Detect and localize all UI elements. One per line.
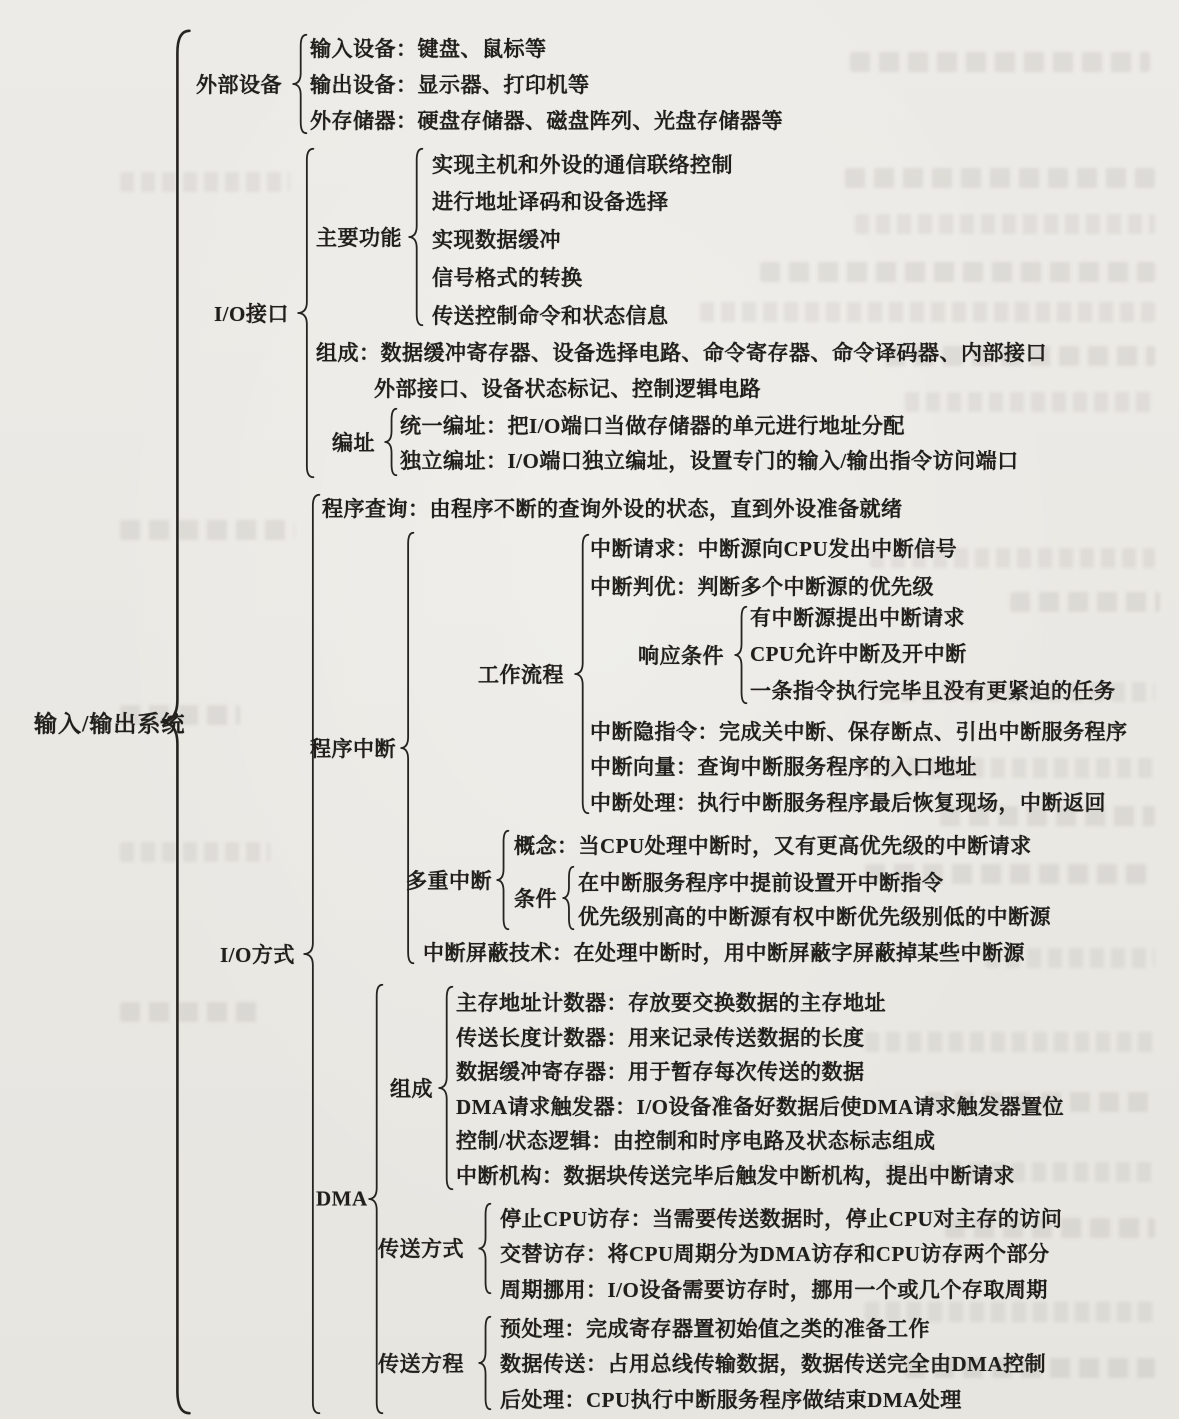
- dma-composition-label: 组成: [390, 1073, 433, 1103]
- node-alternate-access: 交替访存：将CPU周期分为DMA访存和CPU访存两个部分: [500, 1238, 1049, 1268]
- node-output-devices: 输出设备：显示器、打印机等: [310, 69, 590, 99]
- multiple-interrupt-brace: [496, 830, 509, 930]
- root-label: 输入/输出系统: [34, 706, 185, 739]
- transfer-process-brace: [478, 1316, 491, 1410]
- bleed-row: [855, 214, 1155, 234]
- node-response-condition-3: 一条指令执行完毕且没有更紧迫的任务: [750, 675, 1116, 705]
- addressing-brace: [384, 408, 397, 476]
- io-methods-brace: [303, 494, 320, 1414]
- node-response-condition-1: 有中断源提出中断请求: [750, 602, 965, 632]
- scanned-mindmap-page: 输入/输出系统 外部设备 输入设备：键盘、鼠标等 输出设备：显示器、打印机等 外…: [0, 0, 1179, 1419]
- addressing-label: 编址: [332, 427, 375, 457]
- condition-brace: [562, 866, 574, 930]
- node-stop-cpu-access: 停止CPU访存：当需要传送数据时，停止CPU对主存的访问: [500, 1203, 1062, 1233]
- bleed-row: [845, 168, 1155, 188]
- bleed-row: [120, 172, 290, 192]
- node-function-communication: 实现主机和外设的通信联络控制: [432, 149, 733, 179]
- transfer-modes-brace: [478, 1203, 491, 1294]
- bleed-row: [850, 52, 1150, 72]
- node-function-signal-conversion: 信号格式的转换: [432, 262, 583, 292]
- main-functions-label: 主要功能: [316, 222, 402, 252]
- condition-label: 条件: [514, 883, 557, 913]
- node-interface-composition-line1: 组成：数据缓冲寄存器、设备选择电路、命令寄存器、命令译码器、内部接口: [316, 337, 1047, 367]
- workflow-brace: [574, 534, 589, 814]
- node-multi-condition-2: 优先级别高的中断源有权中断优先级别低的中断源: [578, 901, 1051, 931]
- node-program-polling: 程序查询：由程序不断的查询外设的状态，直到外设准备就绪: [322, 493, 903, 523]
- node-multiple-interrupt-concept: 概念：当CPU处理中断时，又有更高优先级的中断请求: [514, 830, 1032, 860]
- program-interrupt-label: 程序中断: [310, 733, 396, 763]
- node-dma-data-buffer: 数据缓冲寄存器：用于暂存每次传送的数据: [456, 1056, 865, 1086]
- response-conditions-label: 响应条件: [638, 640, 724, 670]
- bleed-row: [120, 1002, 260, 1022]
- main-functions-brace: [408, 148, 423, 326]
- node-interrupt-arbitration: 中断判优：判断多个中断源的优先级: [590, 571, 934, 601]
- node-preprocessing: 预处理：完成寄存器置初始值之类的准备工作: [500, 1313, 930, 1343]
- node-function-buffering: 实现数据缓冲: [432, 224, 561, 254]
- node-implicit-instruction: 中断隐指令：完成关中断、保存断点、引出中断服务程序: [590, 716, 1128, 746]
- bleed-row: [865, 1032, 1155, 1052]
- response-conditions-brace: [734, 606, 747, 704]
- node-function-decoding: 进行地址译码和设备选择: [432, 186, 669, 216]
- node-interrupt-masking: 中断屏蔽技术：在处理中断时，用中断屏蔽字屏蔽掉某些中断源: [423, 937, 1025, 967]
- node-data-transfer: 数据传送：占用总线传输数据，数据传送完全由DMA控制: [500, 1348, 1046, 1378]
- node-multi-condition-1: 在中断服务程序中提前设置开中断指令: [578, 867, 944, 897]
- io-interface-brace: [297, 148, 314, 478]
- bleed-row: [905, 392, 1155, 412]
- node-postprocessing: 后处理：CPU执行中断服务程序做结束DMA处理: [500, 1384, 962, 1414]
- transfer-modes-label: 传送方式: [378, 1233, 464, 1263]
- dma-label: DMA: [316, 1187, 368, 1212]
- external-devices-brace: [292, 34, 307, 134]
- io-methods-label: I/O方式: [220, 939, 295, 969]
- node-interrupt-vector: 中断向量：查询中断服务程序的入口地址: [590, 751, 977, 781]
- node-input-devices: 输入设备：键盘、鼠标等: [310, 33, 547, 63]
- node-interface-composition-line2: 外部接口、设备状态标记、控制逻辑电路: [374, 373, 761, 403]
- program-interrupt-brace: [400, 532, 414, 964]
- external-devices-label: 外部设备: [196, 69, 282, 99]
- transfer-process-label: 传送方程: [378, 1348, 464, 1378]
- node-unified-addressing: 统一编址：把I/O端口当做存储器的单元进行地址分配: [400, 410, 905, 440]
- node-dma-address-counter: 主存地址计数器：存放要交换数据的主存地址: [456, 987, 886, 1017]
- bleed-row: [760, 262, 1155, 282]
- node-response-condition-2: CPU允许中断及开中断: [750, 638, 967, 668]
- node-dma-interrupt-mechanism: 中断机构：数据块传送完毕后触发中断机构，提出中断请求: [456, 1160, 1015, 1190]
- node-dma-request-trigger: DMA请求触发器：I/O设备准备好数据后使DMA请求触发器置位: [456, 1091, 1064, 1121]
- bleed-row: [700, 302, 1155, 322]
- node-interrupt-handling: 中断处理：执行中断服务程序最后恢复现场，中断返回: [590, 787, 1106, 817]
- bleed-row: [120, 520, 295, 540]
- node-dma-length-counter: 传送长度计数器：用来记录传送数据的长度: [456, 1022, 865, 1052]
- node-dma-control-status-logic: 控制/状态逻辑：由控制和时序电路及状态标志组成: [456, 1125, 935, 1155]
- node-independent-addressing: 独立编址：I/O端口独立编址，设置专门的输入/输出指令访问端口: [400, 445, 1019, 475]
- bleed-row: [120, 842, 270, 862]
- workflow-label: 工作流程: [478, 659, 564, 689]
- bleed-row: [1010, 592, 1160, 612]
- dma-composition-brace: [438, 986, 453, 1190]
- node-function-control-status: 传送控制命令和状态信息: [432, 300, 669, 330]
- node-cycle-stealing: 周期挪用：I/O设备需要访存时，挪用一个或几个存取周期: [500, 1274, 1048, 1304]
- node-external-storage: 外存储器：硬盘存储器、磁盘阵列、光盘存储器等: [310, 105, 783, 135]
- io-interface-label: I/O接口: [214, 298, 289, 328]
- multiple-interrupt-label: 多重中断: [406, 865, 492, 895]
- node-interrupt-request: 中断请求：中断源向CPU发出中断信号: [590, 533, 957, 563]
